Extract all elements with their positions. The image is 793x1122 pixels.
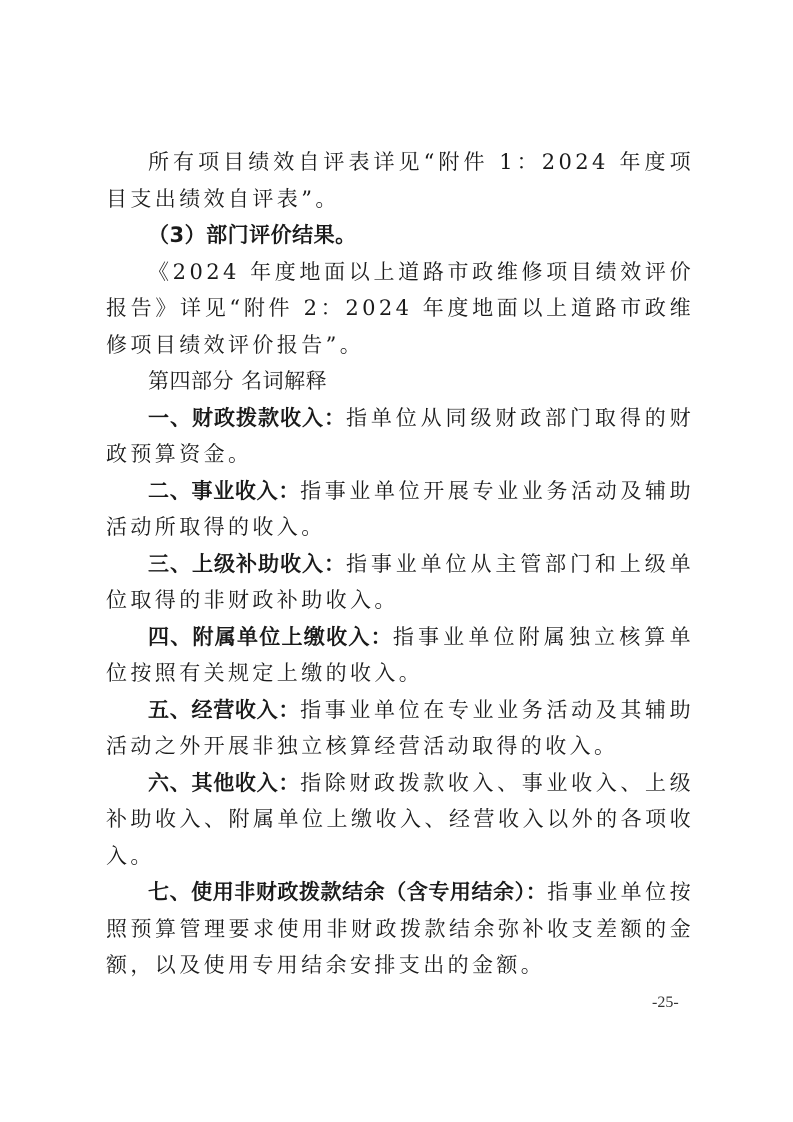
term-label: 七、使用非财政拨款结余（含专用结余）： (148, 880, 547, 904)
page-number: -25- (652, 994, 679, 1012)
term-label: 二、事业收入： (148, 479, 300, 503)
term-definition-1: 一、财政拨款收入：指单位从同级财政部门取得的财政预算资金。 (106, 400, 694, 473)
term-definition-7: 七、使用非财政拨款结余（含专用结余）：指事业单位按照预算管理要求使用非财政拨款结… (106, 874, 694, 984)
self-eval-paragraph: 所有项目绩效自评表详见“附件 1：2024 年度项目支出绩效自评表”。 (106, 144, 694, 217)
term-definition-6: 六、其他收入：指除财政拨款收入、事业收入、上级补助收入、附属单位上缴收入、经营收… (106, 765, 694, 875)
term-label: 五、经营收入： (148, 698, 300, 722)
eval-report-paragraph: 《2024 年度地面以上道路市政维修项目绩效评价报告》详见“附件 2：2024 … (106, 254, 694, 364)
term-label: 一、财政拨款收入： (148, 406, 346, 430)
term-definition-4: 四、附属单位上缴收入：指事业单位附属独立核算单位按照有关规定上缴的收入。 (106, 619, 694, 692)
term-label: 三、上级补助收入： (148, 552, 346, 576)
term-definition-2: 二、事业收入：指事业单位开展专业业务活动及辅助活动所取得的收入。 (106, 473, 694, 546)
term-definition-5: 五、经营收入：指事业单位在专业业务活动及其辅助活动之外开展非独立核算经营活动取得… (106, 692, 694, 765)
section-title: 第四部分 名词解释 (106, 363, 694, 400)
term-label: 六、其他收入： (148, 771, 300, 795)
term-label: 四、附属单位上缴收入： (148, 625, 393, 649)
term-definition-3: 三、上级补助收入：指事业单位从主管部门和上级单位取得的非财政补助收入。 (106, 546, 694, 619)
dept-eval-subheading: （3）部门评价结果。 (106, 217, 694, 254)
document-page: 所有项目绩效自评表详见“附件 1：2024 年度项目支出绩效自评表”。 （3）部… (106, 144, 694, 984)
